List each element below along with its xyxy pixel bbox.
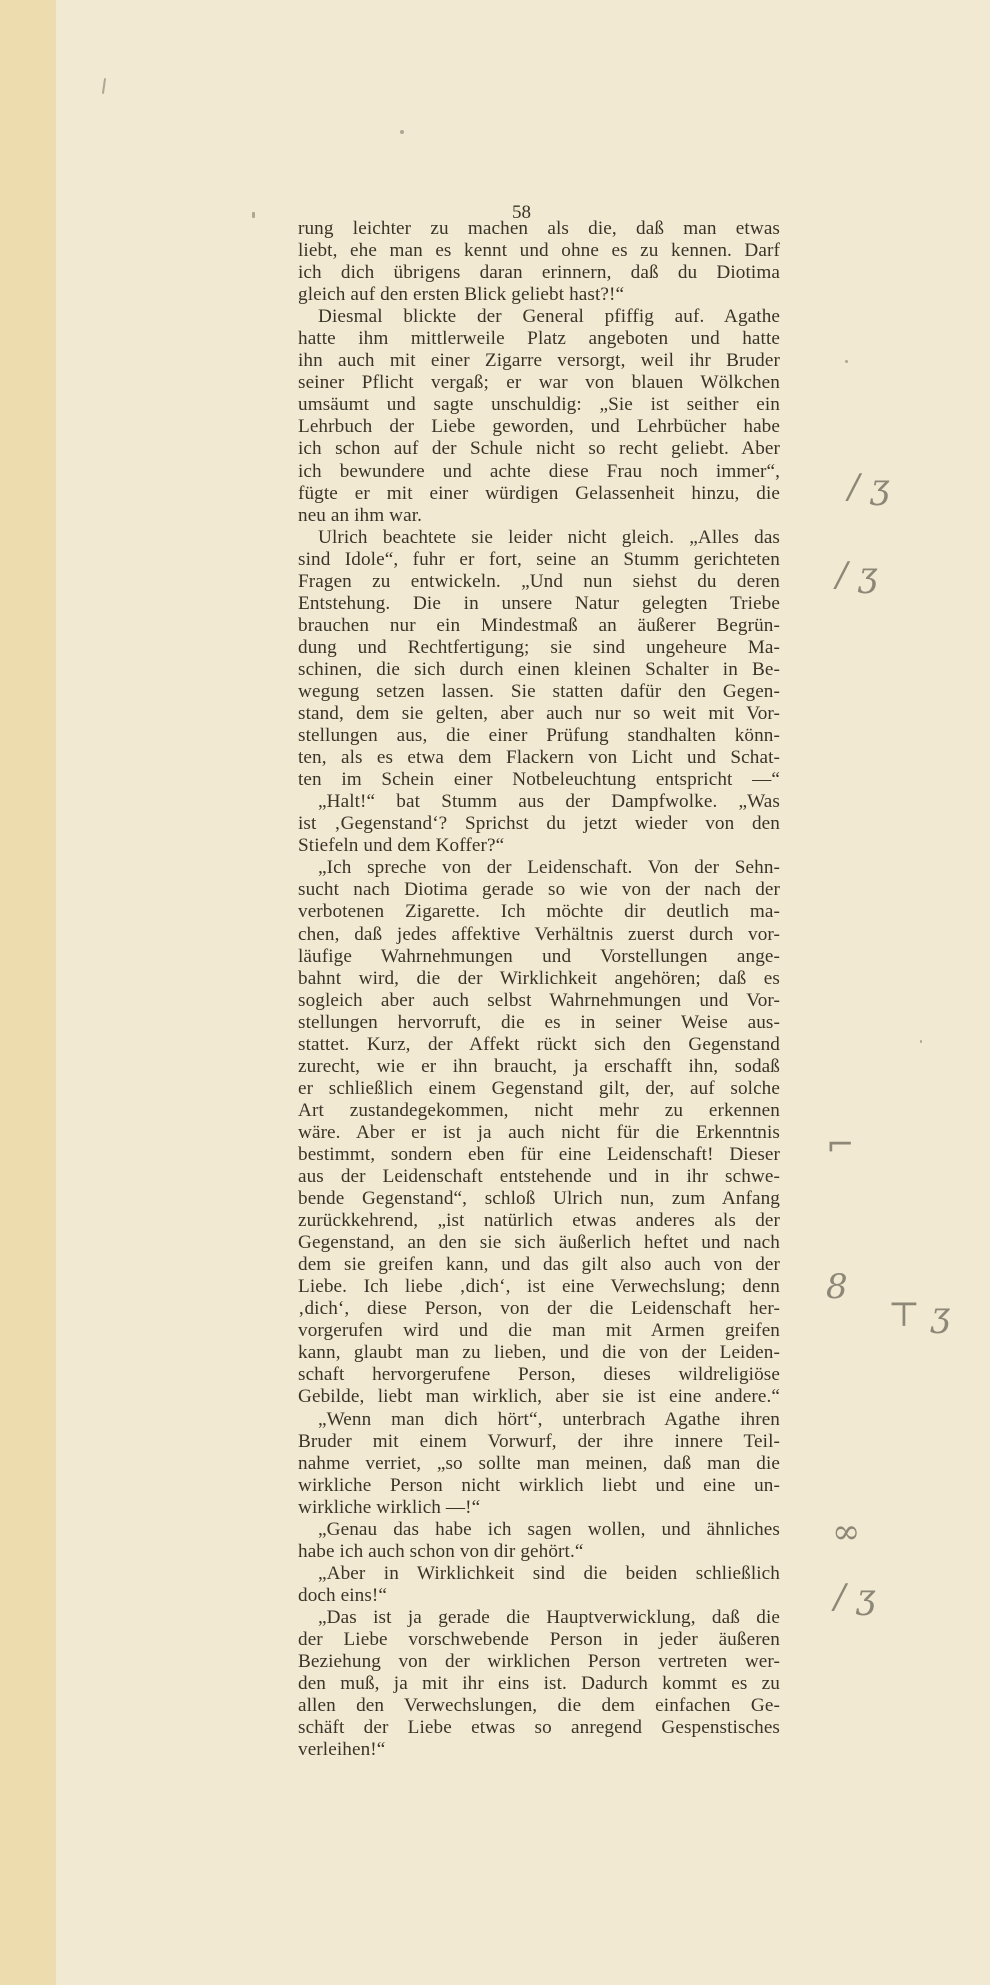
text-line: „Ich spreche von der Leidenschaft. Von d… [298,857,780,879]
handwritten-margin-note: ∞ [832,1515,860,1549]
text-line: Stiefeln und dem Koffer?“ [298,835,780,857]
text-line: brauchen nur ein Mindestmaß an äußerer B… [298,615,780,637]
body-text: rung leichter zu machen als die, daß man… [298,218,780,1761]
text-line: ihn auch mit einer Zigarre versorgt, wei… [298,350,780,372]
text-line: aus der Leidenschaft entstehende und in … [298,1166,780,1188]
text-line: „Aber in Wirklichkeit sind die beiden sc… [298,1563,780,1585]
text-line: hatte ihm mittlerweile Platz angeboten u… [298,328,780,350]
text-line: fügte er mit einer würdigen Gelassenheit… [298,483,780,505]
text-line: wirkliche wirklich —!“ [298,1497,780,1519]
text-line: ten im Schein einer Notbeleuchtung entsp… [298,769,780,791]
text-line: läufige Wahrnehmungen und Vorstellungen … [298,946,780,968]
text-line: wegung setzen lassen. Sie statten dafür … [298,681,780,703]
text-line: „Wenn man dich hört“, unterbrach Agathe … [298,1409,780,1431]
text-line: Liebe. Ich liebe ‚dich‘, ist eine Verwec… [298,1276,780,1298]
paper-speck [400,130,404,134]
text-line: schinen, die sich durch einen kleinen Sc… [298,659,780,681]
text-line: neu an ihm war. [298,505,780,527]
text-line: sind Idole“, fuhr er fort, seine an Stum… [298,549,780,571]
text-line: habe ich auch schon von dir gehört.“ [298,1541,780,1563]
text-line: Gebilde, liebt man wirklich, aber sie is… [298,1386,780,1408]
text-line: ich bewundere und achte diese Frau noch … [298,461,780,483]
text-line: Ulrich beachtete sie leider nicht gleich… [298,527,780,549]
text-line: rung leichter zu machen als die, daß man… [298,218,780,240]
text-line: zurückkehrend, „ist natürlich etwas ande… [298,1210,780,1232]
text-line: Fragen zu entwickeln. „Und nun siehst du… [298,571,780,593]
text-line: liebt, ehe man es kennt und ohne es zu k… [298,240,780,262]
text-line: allen den Verwechslungen, die dem einfac… [298,1695,780,1717]
text-line: sogleich aber auch selbst Wahrnehmungen … [298,990,780,1012]
text-line: stattet. Kurz, der Affekt rückt sich den… [298,1034,780,1056]
text-line: stellungen hervorruft, die es in seiner … [298,1012,780,1034]
text-line: wäre. Aber er ist ja auch nicht für die … [298,1122,780,1144]
text-line: ‚dich‘, diese Person, von der die Leiden… [298,1298,780,1320]
text-line: zurecht, wie er ihn braucht, ja erschaff… [298,1056,780,1078]
text-line: der Liebe vorschwebende Person in jeder … [298,1629,780,1651]
text-line: Art zustandegekommen, nicht mehr zu erke… [298,1100,780,1122]
handwritten-margin-note: 8 [826,1270,848,1304]
handwritten-margin-note: / ʒ [834,1580,875,1614]
text-line: „Halt!“ bat Stumm aus der Dampfwolke. „W… [298,791,780,813]
text-line: wirkliche Person nicht wirklich liebt un… [298,1475,780,1497]
paper-speck [252,212,255,218]
text-line: Diesmal blickte der General pfiffig auf.… [298,306,780,328]
text-line: umsäumt und sagte unschuldig: „Sie ist s… [298,394,780,416]
handwritten-margin-note: / ʒ [836,558,877,592]
text-line: Entstehung. Die in unsere Natur gelegten… [298,593,780,615]
text-line: seiner Pflicht vergaß; er war von blauen… [298,372,780,394]
text-line: schaft hervorgerufene Person, dieses wil… [298,1364,780,1386]
text-line: stand, dem sie gelten, aber auch nur so … [298,703,780,725]
text-line: gleich auf den ersten Blick geliebt hast… [298,284,780,306]
text-line: chen, daß jedes affektive Verhältnis zue… [298,924,780,946]
text-line: ten, als es etwa dem Flackern von Licht … [298,747,780,769]
text-line: „Genau das habe ich sagen wollen, und äh… [298,1519,780,1541]
text-line: stellungen aus, die einer Prüfung standh… [298,725,780,747]
text-line: den muß, ja mit ihr eins ist. Dadurch ko… [298,1673,780,1695]
text-line: verbotenen Zigarette. Ich möchte dir deu… [298,901,780,923]
paper-speck [845,360,848,363]
text-line: ist ‚Gegenstand‘? Sprichst du jetzt wied… [298,813,780,835]
text-line: Gegenstand, an den sie sich äußerlich he… [298,1232,780,1254]
text-line: dung und Rechtfertigung; sie sind ungehe… [298,637,780,659]
text-line: schäft der Liebe etwas so anregend Gespe… [298,1717,780,1739]
text-line: sucht nach Diotima gerade so wie von der… [298,879,780,901]
paper-speck [920,1040,922,1043]
text-line: er schließlich einem Gegenstand gilt, de… [298,1078,780,1100]
text-line: „Das ist ja gerade die Hauptverwicklung,… [298,1607,780,1629]
handwritten-margin-note: ⊤ ʒ [888,1298,950,1332]
text-line: ich schon auf der Schule nicht so recht … [298,438,780,460]
text-line: Lehrbuch der Liebe geworden, und Lehrbüc… [298,416,780,438]
text-line: Beziehung von der wirklichen Person vert… [298,1651,780,1673]
text-line: ich dich übrigens daran erinnern, daß du… [298,262,780,284]
handwritten-margin-note: / ʒ [848,470,889,504]
text-line: doch eins!“ [298,1585,780,1607]
text-line: bestimmt, sondern eben für eine Leidensc… [298,1144,780,1166]
text-line: nahme verriet, „so sollte man meinen, da… [298,1453,780,1475]
text-line: bahnt wird, die der Wirklichkeit angehör… [298,968,780,990]
text-line: kann, glaubt man zu lieben, und die von … [298,1342,780,1364]
text-line: vorgerufen wird und die man mit Armen gr… [298,1320,780,1342]
text-line: bende Gegenstand“, schloß Ulrich nun, zu… [298,1188,780,1210]
text-line: dem sie greifen kann, und das gilt also … [298,1254,780,1276]
text-line: Bruder mit einem Vorwurf, der ihre inner… [298,1431,780,1453]
handwritten-margin-note: ⌐ [826,1128,855,1162]
page-edge-strip [0,0,56,1985]
text-line: verleihen!“ [298,1739,780,1761]
